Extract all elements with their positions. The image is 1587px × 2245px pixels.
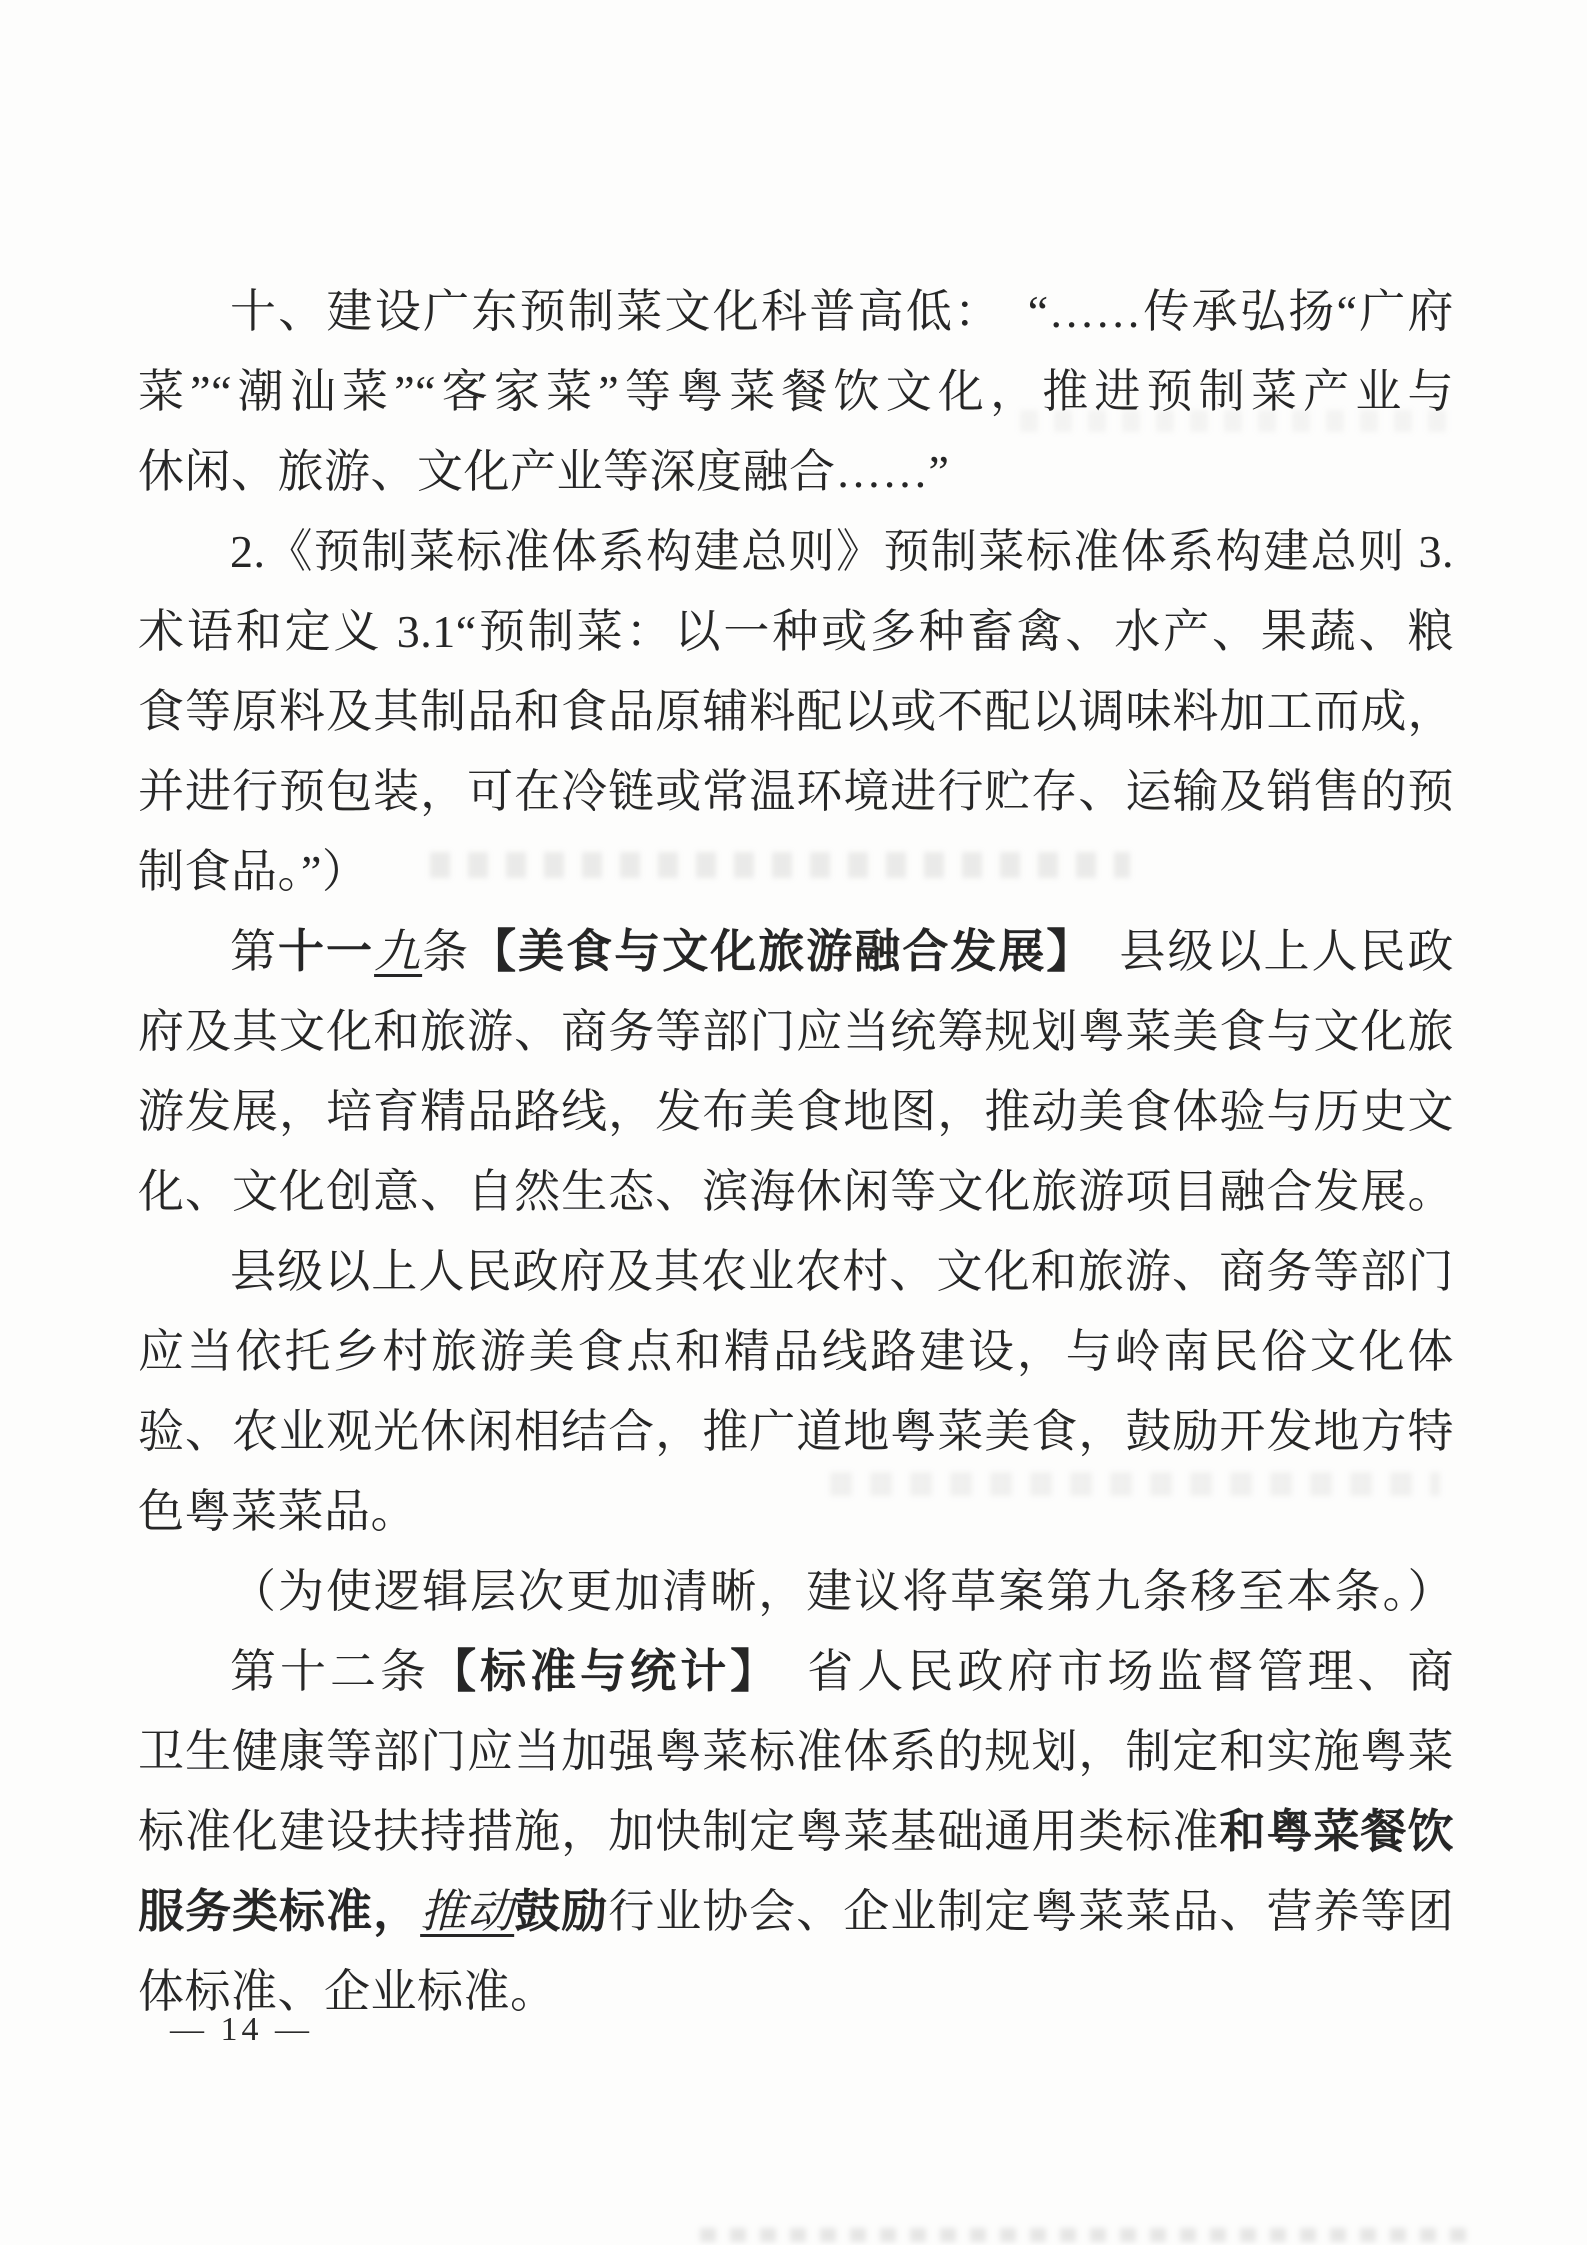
- text-segment: 鼓励: [514, 1886, 608, 1937]
- text-line: 菜”“潮汕菜”“客家菜”等粤菜餐饮文化，推进预制菜产业与: [138, 352, 1454, 432]
- text-line: 应当依托乡村旅游美食点和精品线路建设，与岭南民俗文化体: [138, 1312, 1454, 1392]
- text-line: 验、农业观光休闲相结合，推广道地粤菜美食，鼓励开发地方特: [138, 1392, 1454, 1472]
- text-segment: 推动: [420, 1886, 514, 1937]
- text-segment: （为使逻辑层次更加清晰，建议将草案第九条移至本条。）: [230, 1566, 1454, 1617]
- text-line: 卫生健康等部门应当加强粤菜标准体系的规划，制定和实施粤菜: [138, 1712, 1454, 1792]
- text-segment: 府及其文化和旅游、商务等部门应当统筹规划粤菜美食与文化旅: [138, 1006, 1454, 1057]
- document-page: 十、建设广东预制菜文化科普高低： “……传承弘扬“广府菜”“潮汕菜”“客家菜”等…: [0, 0, 1587, 2245]
- text-line: 游发展，培育精品路线，发布美食地图，推动美食体验与历史文: [138, 1072, 1454, 1152]
- text-segment: 食等原料及其制品和食品原辅料配以或不配以调味料加工而成，: [138, 686, 1454, 737]
- text-line: 县级以上人民政府及其农业农村、文化和旅游、商务等部门: [138, 1232, 1454, 1312]
- text-line: 化、文化创意、自然生态、滨海休闲等文化旅游项目融合发展。: [138, 1152, 1454, 1232]
- text-line: 体标准、企业标准。: [138, 1952, 1454, 2032]
- text-segment: 应当依托乡村旅游美食点和精品线路建设，与岭南民俗文化体: [138, 1326, 1454, 1377]
- document-body: 十、建设广东预制菜文化科普高低： “……传承弘扬“广府菜”“潮汕菜”“客家菜”等…: [138, 272, 1454, 2032]
- text-line: 十、建设广东预制菜文化科普高低： “……传承弘扬“广府: [138, 272, 1454, 352]
- text-segment: 休闲、旅游、文化产业等深度融合……”: [138, 446, 949, 497]
- text-segment: 【标准与统计】: [430, 1646, 757, 1697]
- text-line: 休闲、旅游、文化产业等深度融合……”: [138, 432, 1454, 512]
- text-segment: 十、建设广东预制菜文化科普高低： “……传承弘扬“广府: [230, 286, 1454, 337]
- text-line: 标准化建设扶持措施，加快制定粤菜基础通用类标准和粤菜餐饮: [138, 1792, 1454, 1872]
- text-segment: 【美食与文化旅游融合发展】: [470, 926, 1071, 977]
- text-segment: 九: [374, 926, 422, 977]
- text-line: （为使逻辑层次更加清晰，建议将草案第九条移至本条。）: [138, 1552, 1454, 1632]
- text-segment: 化、文化创意、自然生态、滨海休闲等文化旅游项目融合发展。: [138, 1166, 1454, 1217]
- text-segment: 条: [422, 926, 470, 977]
- text-line: 制食品。”）: [138, 832, 1454, 912]
- text-segment: 术语和定义 3.1“预制菜：以一种或多种畜禽、水产、果蔬、粮: [138, 606, 1454, 657]
- page-footer: — 14 —: [170, 2008, 313, 2052]
- text-segment: 县级以上人民政: [1071, 926, 1454, 977]
- text-segment: 十一: [278, 926, 374, 977]
- text-line: 第十二条【标准与统计】 省人民政府市场监督管理、商务、: [138, 1632, 1454, 1712]
- text-line: 服务类标准，推动鼓励行业协会、企业制定粤菜菜品、营养等团: [138, 1872, 1454, 1952]
- text-segment: 色粤菜菜品。: [138, 1486, 417, 1537]
- text-line: 府及其文化和旅游、商务等部门应当统筹规划粤菜美食与文化旅: [138, 992, 1454, 1072]
- text-segment: 第十二条: [230, 1646, 430, 1697]
- text-segment: 第: [230, 926, 278, 977]
- text-line: 食等原料及其制品和食品原辅料配以或不配以调味料加工而成，: [138, 672, 1454, 752]
- text-segment: 游发展，培育精品路线，发布美食地图，推动美食体验与历史文: [138, 1086, 1454, 1137]
- text-segment: 制食品。”）: [138, 846, 368, 897]
- text-segment: 服务类标准，: [138, 1886, 420, 1937]
- text-segment: 菜”“潮汕菜”“客家菜”等粤菜餐饮文化，推进预制菜产业与: [138, 366, 1454, 417]
- text-segment: 县级以上人民政府及其农业农村、文化和旅游、商务等部门: [230, 1246, 1454, 1297]
- text-segment: 和粤菜餐饮: [1219, 1806, 1454, 1857]
- text-line: 2.《预制菜标准体系构建总则》预制菜标准体系构建总则 3.: [138, 512, 1454, 592]
- page-number: — 14 —: [170, 2011, 313, 2048]
- text-line: 色粤菜菜品。: [138, 1472, 1454, 1552]
- text-segment: 行业协会、企业制定粤菜菜品、营养等团: [608, 1886, 1454, 1937]
- text-segment: 标准化建设扶持措施，加快制定粤菜基础通用类标准: [138, 1806, 1219, 1857]
- text-line: 并进行预包装，可在冷链或常温环境进行贮存、运输及销售的预: [138, 752, 1454, 832]
- text-line: 第十一九条【美食与文化旅游融合发展】 县级以上人民政: [138, 912, 1454, 992]
- text-segment: 并进行预包装，可在冷链或常温环境进行贮存、运输及销售的预: [138, 766, 1454, 817]
- text-line: 术语和定义 3.1“预制菜：以一种或多种畜禽、水产、果蔬、粮: [138, 592, 1454, 672]
- text-segment: 2.《预制菜标准体系构建总则》预制菜标准体系构建总则 3.: [230, 526, 1454, 577]
- bleedthrough-artifact: [700, 2228, 1470, 2242]
- text-segment: 卫生健康等部门应当加强粤菜标准体系的规划，制定和实施粤菜: [138, 1726, 1454, 1777]
- text-segment: 验、农业观光休闲相结合，推广道地粤菜美食，鼓励开发地方特: [138, 1406, 1454, 1457]
